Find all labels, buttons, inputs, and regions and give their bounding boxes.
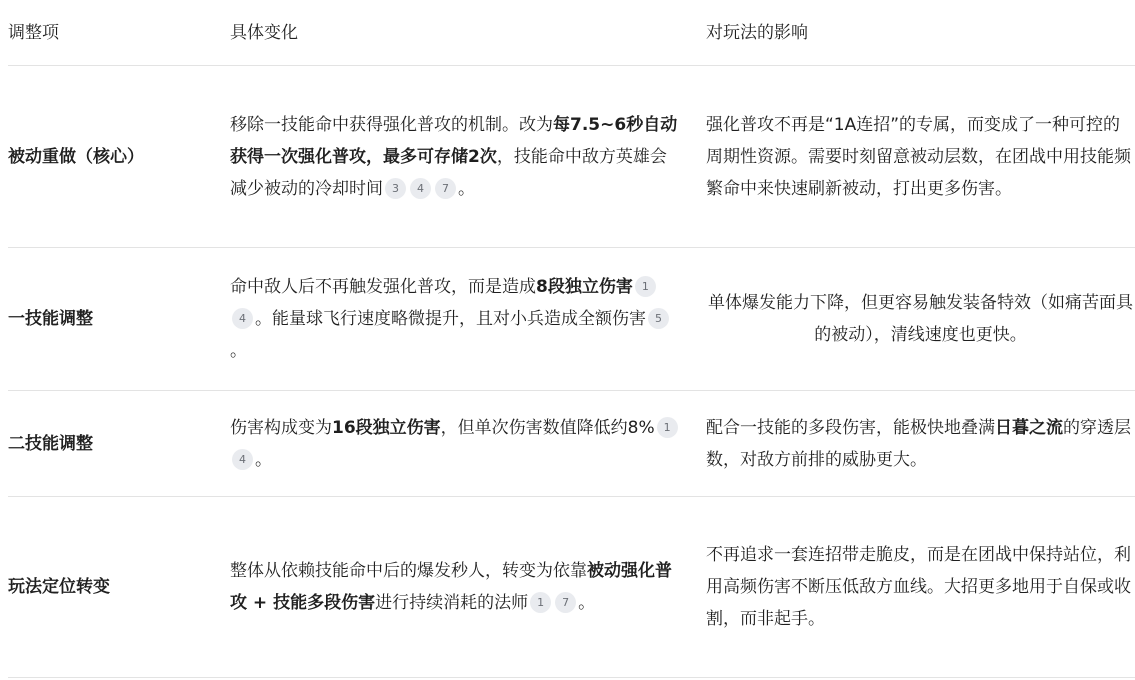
table-row: 玩法定位转变 整体从依赖技能命中后的爆发秒人，转变为依靠被动强化普攻 + 技能多…: [8, 497, 1135, 678]
citation-badge[interactable]: 3: [385, 178, 406, 199]
row-label: 二技能调整: [8, 428, 230, 460]
citation-badge[interactable]: 1: [635, 276, 656, 297]
text: 。: [458, 179, 475, 199]
citation-badge[interactable]: 5: [648, 308, 669, 329]
citation-badge[interactable]: 4: [410, 178, 431, 199]
bold-text: 8段独立伤害: [536, 277, 633, 297]
row-impact: 单体爆发能力下降，但更容易触发装备特效（如痛苦面具的被动），清线速度也更快。: [706, 287, 1135, 351]
row-change: 伤害构成变为16段独立伤害，但单次伤害数值降低约8%14。: [230, 412, 706, 476]
citation-badge[interactable]: 7: [435, 178, 456, 199]
table-header: 调整项 具体变化 对玩法的影响: [8, 0, 1135, 66]
text: 伤害构成变为: [230, 418, 332, 438]
text: 命中敌人后不再触发强化普攻，而是造成: [230, 277, 536, 297]
citation-badge[interactable]: 1: [530, 592, 551, 613]
row-label: 玩法定位转变: [8, 571, 230, 603]
row-change: 命中敌人后不再触发强化普攻，而是造成8段独立伤害14。能量球飞行速度略微提升，且…: [230, 271, 706, 367]
citation-badge[interactable]: 1: [657, 417, 678, 438]
row-change: 移除一技能命中获得强化普攻的机制。改为每7.5~6秒自动获得一次强化普攻，最多可…: [230, 109, 706, 205]
bold-text: 16段独立伤害: [332, 418, 441, 438]
adjustment-table: 调整项 具体变化 对玩法的影响 被动重做（核心） 移除一技能命中获得强化普攻的机…: [8, 0, 1135, 678]
citation-badge[interactable]: 7: [555, 592, 576, 613]
header-item: 调整项: [8, 17, 230, 49]
text: 移除一技能命中获得强化普攻的机制。改为: [230, 115, 553, 135]
text: ，但单次伤害数值降低约8%: [441, 418, 655, 438]
text: 整体从依赖技能命中后的爆发秒人，转变为依靠: [230, 561, 587, 581]
text: 。: [255, 450, 272, 470]
text: 配合一技能的多段伤害，能极快地叠满: [706, 418, 995, 438]
row-impact: 配合一技能的多段伤害，能极快地叠满日暮之流的穿透层数，对敌方前排的威胁更大。: [706, 412, 1135, 476]
row-label: 被动重做（核心）: [8, 141, 230, 173]
citation-badge[interactable]: 4: [232, 449, 253, 470]
text: 。: [578, 593, 595, 613]
bold-text: 日暮之流: [995, 418, 1063, 438]
row-impact: 不再追求一套连招带走脆皮，而是在团战中保持站位，利用高频伤害不断压低敌方血线。大…: [706, 539, 1135, 635]
table-row: 被动重做（核心） 移除一技能命中获得强化普攻的机制。改为每7.5~6秒自动获得一…: [8, 66, 1135, 248]
text: 。能量球飞行速度略微提升，且对小兵造成全额伤害: [255, 309, 646, 329]
table-row: 二技能调整 伤害构成变为16段独立伤害，但单次伤害数值降低约8%14。 配合一技…: [8, 391, 1135, 497]
text: 进行持续消耗的法师: [375, 593, 528, 613]
row-impact: 强化普攻不再是“1A连招”的专属，而变成了一种可控的周期性资源。需要时刻留意被动…: [706, 109, 1135, 205]
header-change: 具体变化: [230, 17, 706, 49]
row-label: 一技能调整: [8, 303, 230, 335]
citation-badge[interactable]: 4: [232, 308, 253, 329]
table-row: 一技能调整 命中敌人后不再触发强化普攻，而是造成8段独立伤害14。能量球飞行速度…: [8, 248, 1135, 391]
text: 。: [230, 341, 247, 361]
header-impact: 对玩法的影响: [706, 17, 1135, 49]
row-change: 整体从依赖技能命中后的爆发秒人，转变为依靠被动强化普攻 + 技能多段伤害进行持续…: [230, 555, 706, 619]
